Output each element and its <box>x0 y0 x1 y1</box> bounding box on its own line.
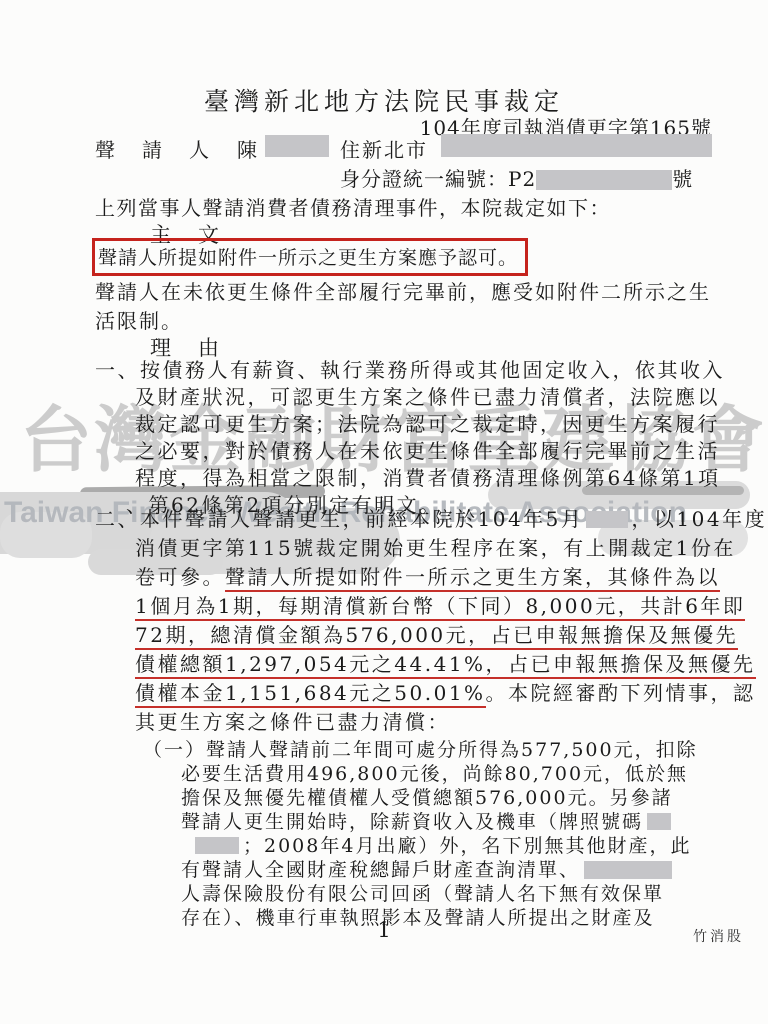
underlined-text: 聲請人所提如附件一所示之更生方案，其條件為以 <box>225 565 720 592</box>
underlined-text: 1個月為1期，每期清償新台幣（下同）8,000元，共計6年即 <box>135 594 745 621</box>
text-line: 其更生方案之條件已盡力清償： <box>95 708 717 737</box>
scanned-court-ruling-page: 台 灣 金 融 財 富 重 建 協 會 Taiwan Finance Wealt… <box>0 0 768 1024</box>
insurer-name-redaction <box>584 861 672 879</box>
text-line: 消債更字第115號裁定開始更生程序在案，有上開裁定1份在 <box>95 534 717 563</box>
text-line: 及財產狀況，可認更生方案之條件已盡力清償者，法院應以 <box>95 384 717 411</box>
text-line: （一）聲請人聲請前二年間可處分所得為577,500元，扣除 <box>143 738 721 762</box>
reason-section-one: 一、按債務人有薪資、執行業務所得或其他固定收入，依其收入 及財產狀況，可認更生方… <box>95 357 717 519</box>
text-line: 卷可參。聲請人所提如附件一所示之更生方案，其條件為以 <box>95 563 717 592</box>
underlined-text: 72期，總清償金額為576,000元，占已申報無擔保及無優先 <box>135 623 738 650</box>
text-line: 擔保及無優先權債權人受償總額576,000元。另參諸 <box>143 786 721 810</box>
preamble: 上列當事人聲請消費者債務清理事件，本院裁定如下： <box>95 192 611 221</box>
red-highlight-box: 聲請人所提如附件一所示之更生方案應予認可。 <box>92 238 528 276</box>
reason-subsection-one: （一）聲請人聲請前二年間可處分所得為577,500元，扣除 必要生活費用496,… <box>143 738 721 930</box>
subsection-marker: （一） <box>143 739 206 761</box>
page-number: 1 <box>0 918 768 942</box>
text-line: 債權總額1,297,054元之44.41%，占已申報無擔保及無優先 <box>95 650 717 679</box>
text-line: 人壽保險股份有限公司回函（聲請人名下無有效保單 <box>143 882 721 906</box>
date-redaction <box>586 511 628 528</box>
plate-number-redaction <box>195 837 239 854</box>
text-line: 1個月為1期，每期清償新台幣（下同）8,000元，共計6年即 <box>95 592 717 621</box>
text-line: 裁定認可更生方案；法院為認可之裁定時，因更生方案履行 <box>95 411 717 438</box>
division-stamp: 竹消股 <box>693 926 744 946</box>
text-line: 之必要，對於債務人在未依更生條件全部履行完畢前之生活 <box>95 438 717 465</box>
text-line: 債權本金1,151,684元之50.01%。本院經審酌下列情事，認 <box>95 679 717 708</box>
text-line: 有聲請人全國財產稅總歸戶財產查詢清單、 <box>143 858 721 882</box>
text-line: 一、按債務人有薪資、執行業務所得或其他固定收入，依其收入 <box>95 357 717 384</box>
document-content: 臺灣新北地方法院民事裁定 104年度司執消債更字第165號 聲請人 陳 住新北市… <box>0 0 768 1024</box>
text-line: 程度，得為相當之限制，消費者債務清理條例第64條第1項 <box>95 465 717 492</box>
section-marker: 一、 <box>95 358 140 382</box>
id-suffix: 號 <box>672 167 693 191</box>
ruling-line: 活限制。 <box>95 305 183 334</box>
ruling-line-highlighted: 聲請人所提如附件一所示之更生方案應予認可。 <box>92 238 528 276</box>
applicant-surname: 陳 <box>237 134 257 163</box>
name-redaction <box>265 135 329 157</box>
underlined-text: 債權本金1,151,684元之50.01% <box>135 681 486 708</box>
address-redaction <box>441 134 712 157</box>
id-label: 身分證統一編號：P2 <box>340 167 536 191</box>
id-redaction <box>536 170 672 190</box>
text-line: 72期，總清償金額為576,000元，占已申報無擔保及無優先 <box>95 621 717 650</box>
text-line: 二、本件聲請人聲請更生，前經本院於104年5月，以104年度 <box>95 505 717 534</box>
id-row: 身分證統一編號：P2號 <box>340 163 693 192</box>
residence-prefix: 住新北市 <box>340 134 428 163</box>
applicant-row: 聲請人 陳 住新北市 <box>95 134 715 160</box>
underlined-text: 債權總額1,297,054元之44.41%，占已申報無擔保及無優先 <box>135 652 756 679</box>
plate-number-redaction <box>647 813 671 830</box>
text-line: 聲請人更生開始時，除薪資收入及機車（牌照號碼 <box>143 810 721 834</box>
reason-section-two: 二、本件聲請人聲請更生，前經本院於104年5月，以104年度 消債更字第115號… <box>95 505 717 737</box>
section-marker: 二、 <box>95 507 140 531</box>
text-line: ；2008年4月出廠）外，名下別無其他財產，此 <box>143 834 721 858</box>
ruling-line: 聲請人在未依更生條件全部履行完畢前，應受如附件二所示之生 <box>95 276 711 305</box>
text-line: 必要生活費用496,800元後，尚餘80,700元，低於無 <box>143 762 721 786</box>
applicant-role-label: 聲請人 <box>95 134 236 163</box>
